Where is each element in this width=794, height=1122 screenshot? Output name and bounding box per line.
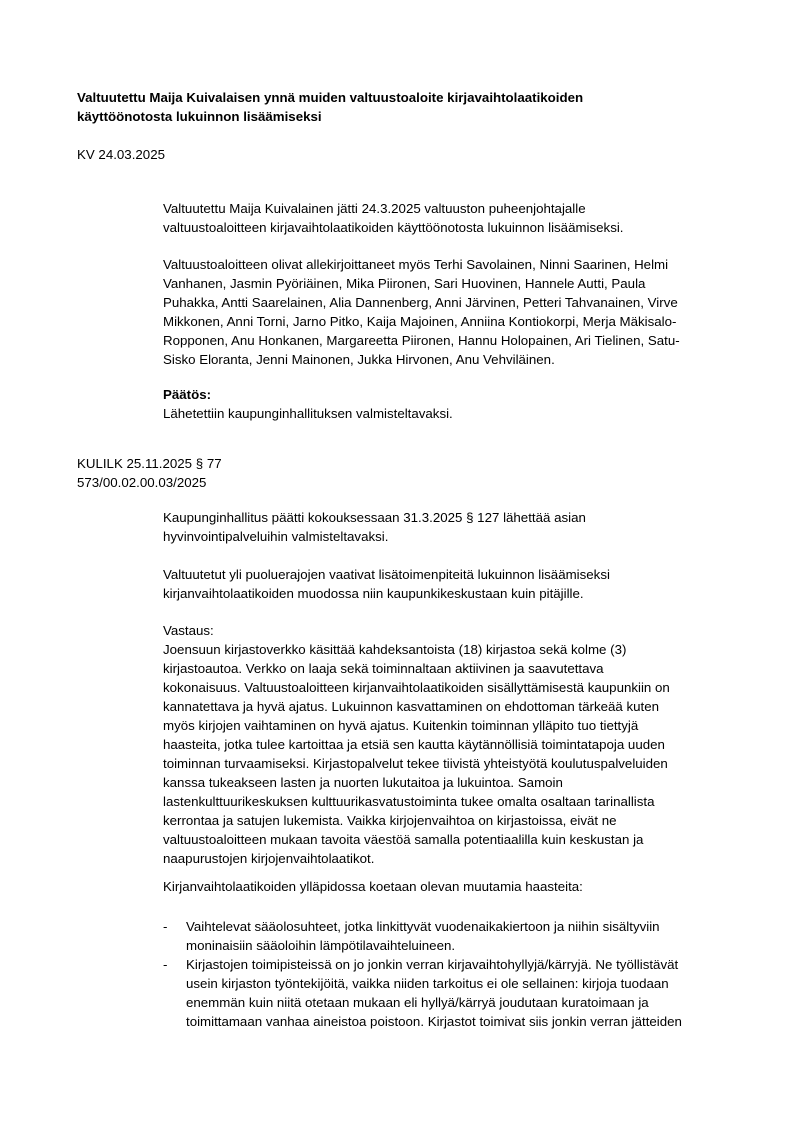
paragraph-line: Mikkonen, Anni Torni, Jarno Pitko, Kaija… [163, 312, 743, 331]
challenges-list: - Vaihtelevat sääolosuhteet, jotka linki… [163, 917, 743, 1031]
paragraph-line: kirjanvaihtolaatikoiden muodossa niin ka… [163, 584, 743, 603]
paragraph-line: kokonaisuus. Valtuustoaloitteen kirjanva… [163, 678, 743, 697]
paragraph-line: Sisko Eloranta, Jenni Mainonen, Jukka Hi… [163, 350, 743, 369]
challenge-list-item: - Vaihtelevat sääolosuhteet, jotka linki… [163, 917, 743, 955]
paragraph-line: Puhakka, Antti Saarelainen, Alia Dannenb… [163, 293, 743, 312]
paragraph-line: toiminnan turvaamiseksi. Kirjastopalvelu… [163, 754, 743, 773]
list-item-line: Kirjastojen toimipisteissä on jo jonkin … [186, 955, 743, 974]
kulilk-meeting-reference: KULILK 25.11.2025 § 77 573/00.02.00.03/2… [77, 454, 222, 492]
decision-heading: Päätös: [163, 385, 743, 404]
paragraph-line: Valtuutettu Maija Kuivalainen jätti 24.3… [163, 199, 743, 218]
paragraph-line: Valtuutetut yli puoluerajojen vaativat l… [163, 565, 743, 584]
document-title-line: käyttöönotosta lukuinnon lisäämiseksi [77, 107, 737, 126]
paragraph-line: kannatettava ja hyvä ajatus. Lukuinnon k… [163, 697, 743, 716]
kulilk-meeting-date: KULILK 25.11.2025 § 77 [77, 454, 222, 473]
paragraph-line: Vanhanen, Jasmin Pyöriäinen, Mika Piiron… [163, 274, 743, 293]
challenges-intro: Kirjanvaihtolaatikoiden ylläpidossa koet… [163, 877, 743, 896]
paragraph-line: haasteita, jotka tulee kartoittaa ja ets… [163, 735, 743, 754]
paragraph-line: hyvinvointipalveluihin valmisteltavaksi. [163, 527, 743, 546]
document-page: Valtuutettu Maija Kuivalaisen ynnä muide… [0, 0, 794, 1122]
kv-meeting-reference: KV 24.03.2025 [77, 145, 165, 164]
challenge-list-item: - Kirjastojen toimipisteissä on jo jonki… [163, 955, 743, 1031]
decision-section: Päätös: Lähetettiin kaupunginhallituksen… [163, 385, 743, 423]
paragraph-line: myös kirjojen vaihtaminen on hyvä ajatus… [163, 716, 743, 735]
paragraph-line: kerrontaa ja satujen lukemista. Vaikka k… [163, 811, 743, 830]
document-title-line: Valtuutettu Maija Kuivalaisen ynnä muide… [77, 88, 737, 107]
paragraph-line: valtuustoaloitteen kirjavaihtolaatikoide… [163, 218, 743, 237]
dash-bullet-icon: - [163, 955, 167, 974]
paragraph-line: naapurustojen kirjojenvaihtolaatikot. [163, 849, 743, 868]
signatories-paragraph: Valtuustoaloitteen olivat allekirjoittan… [163, 255, 743, 369]
paragraph-line: kanssa tukeakseen lasten ja nuorten luku… [163, 773, 743, 792]
paragraph-line: Kaupunginhallitus päätti kokouksessaan 3… [163, 508, 743, 527]
list-item-line: Vaihtelevat sääolosuhteet, jotka linkitt… [186, 917, 743, 936]
paragraph-line: Ropponen, Anu Honkanen, Margareetta Piir… [163, 331, 743, 350]
kv-meeting-date: KV 24.03.2025 [77, 145, 165, 164]
list-item-line: enemmän kuin niitä otetaan mukaan eli hy… [186, 993, 743, 1012]
councillors-demand-paragraph: Valtuutetut yli puoluerajojen vaativat l… [163, 565, 743, 603]
answer-heading: Vastaus: [163, 621, 743, 640]
paragraph-line: valtuustoaloitteen mukaan tavoita väestö… [163, 830, 743, 849]
list-item-line: toimittamaan vanhaa aineistoa poistoon. … [186, 1012, 743, 1031]
paragraph-line: kirjastoautoa. Verkko on laaja sekä toim… [163, 659, 743, 678]
paragraph-line: Valtuustoaloitteen olivat allekirjoittan… [163, 255, 743, 274]
list-item-line: usein kirjaston työntekijöitä, vaikka ni… [186, 974, 743, 993]
record-number: 573/00.02.00.03/2025 [77, 473, 222, 492]
decision-text: Lähetettiin kaupunginhallituksen valmist… [163, 404, 743, 423]
answer-section: Vastaus: Joensuun kirjastoverkko käsittä… [163, 621, 743, 868]
document-title: Valtuutettu Maija Kuivalaisen ynnä muide… [77, 88, 737, 126]
city-board-paragraph: Kaupunginhallitus päätti kokouksessaan 3… [163, 508, 743, 546]
dash-bullet-icon: - [163, 917, 167, 936]
paragraph-line: Joensuun kirjastoverkko käsittää kahdeks… [163, 640, 743, 659]
list-item-line: moninaisiin sääoloihin lämpötilavaihtelu… [186, 936, 743, 955]
paragraph-line: Kirjanvaihtolaatikoiden ylläpidossa koet… [163, 877, 743, 896]
initiative-intro-paragraph: Valtuutettu Maija Kuivalainen jätti 24.3… [163, 199, 743, 237]
paragraph-line: lastenkulttuurikeskuksen kulttuurikasvat… [163, 792, 743, 811]
